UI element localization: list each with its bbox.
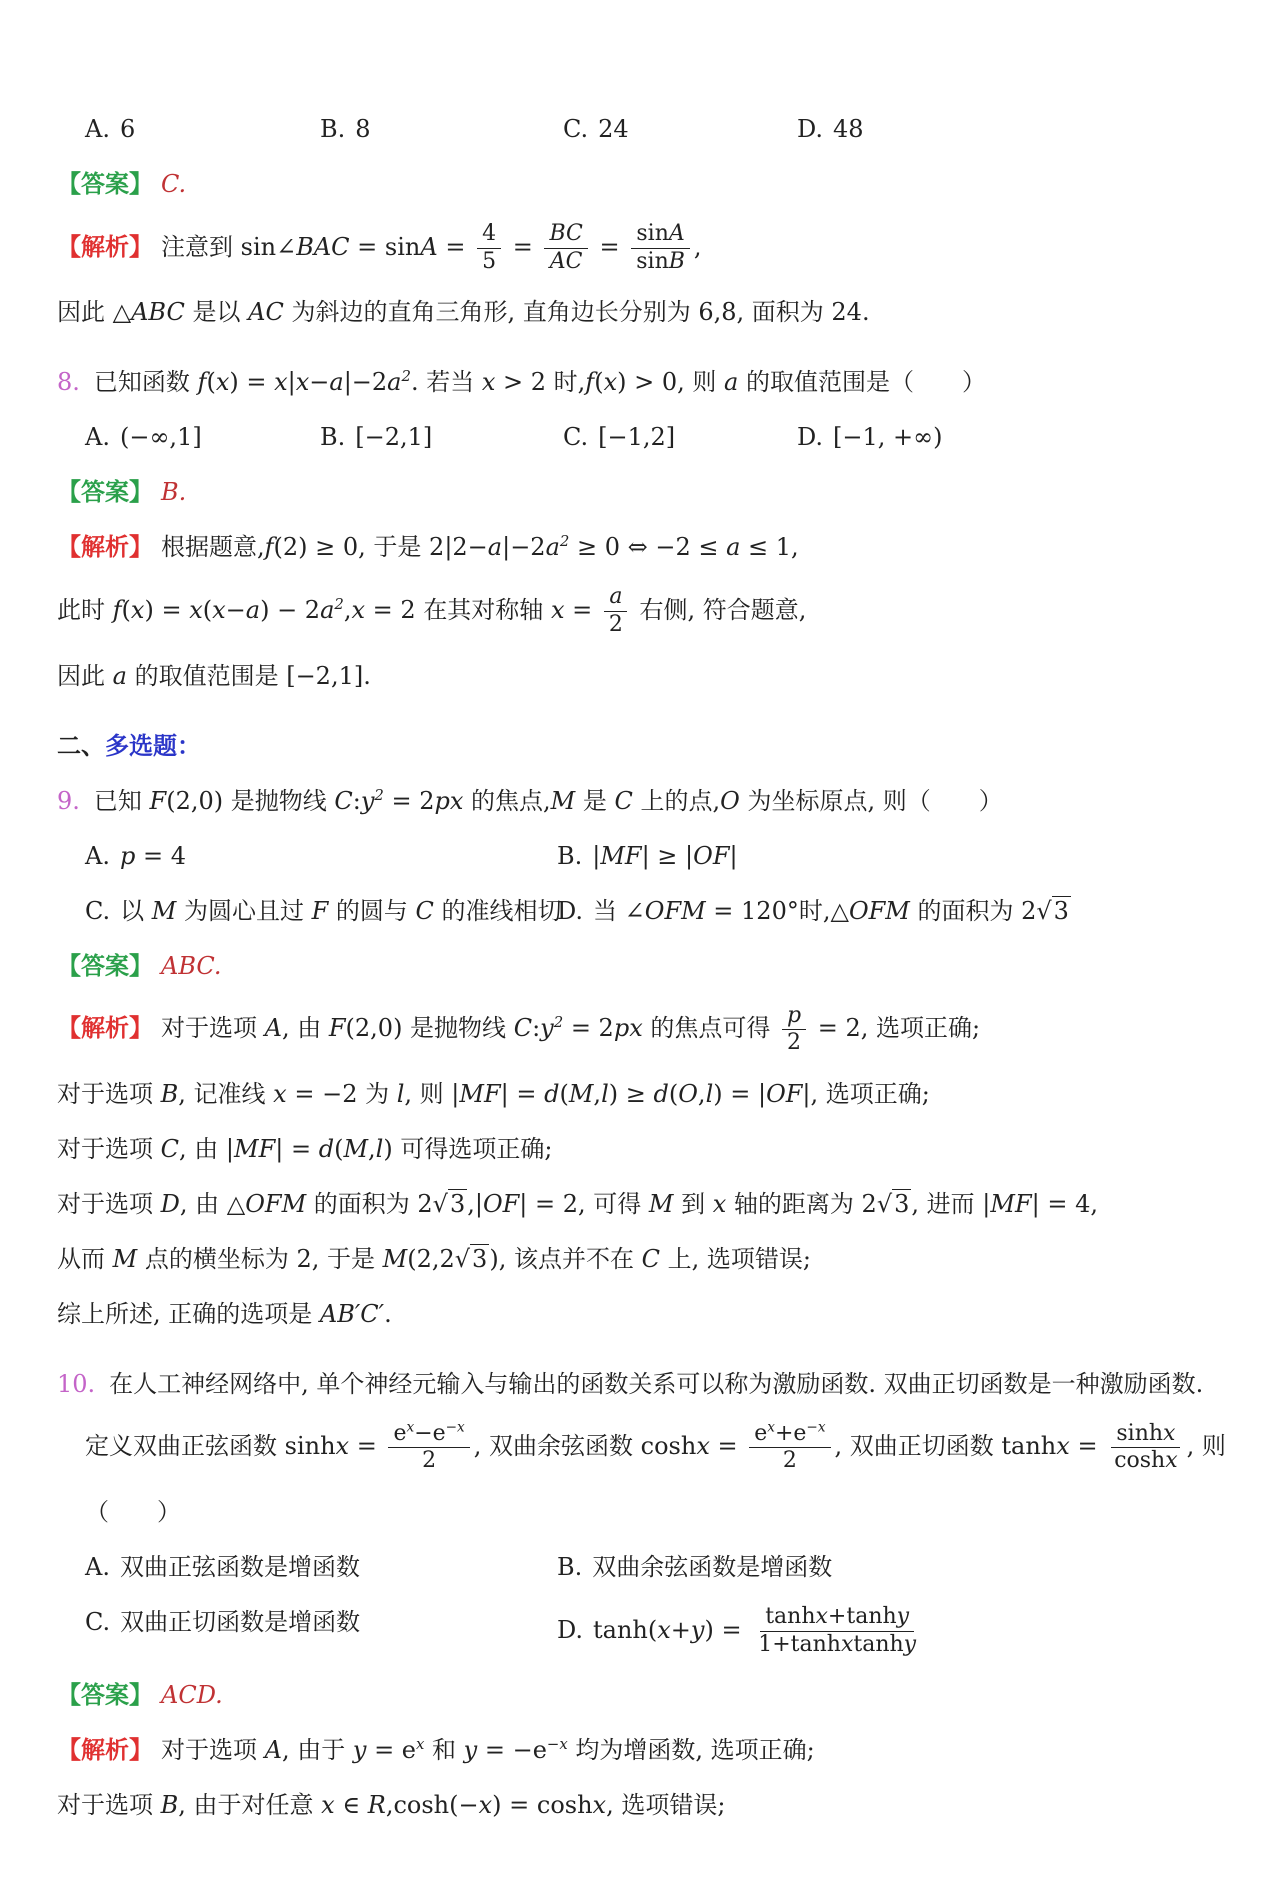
- text-fragment: =: [349, 1432, 384, 1460]
- text-fragment: (2,0) 是抛物线: [346, 1014, 514, 1042]
- fraction: ex−e−x2: [388, 1422, 469, 1474]
- text-fragment: 为坐标原点, 则（ ）: [740, 787, 1003, 815]
- numerator: sinA: [631, 222, 689, 249]
- denominator: 2: [778, 1448, 802, 1474]
- math-fragment: AC: [248, 298, 284, 326]
- numerator: tanhx+tanhy: [760, 1605, 914, 1632]
- analysis-text: 对于选项 B, 记准线 x = −2 为 l, 则 |MF| = d(M,l) …: [57, 1080, 930, 1108]
- math-fragment: x: [593, 1791, 607, 1819]
- text-fragment: ,: [694, 233, 702, 261]
- math-fragment: a: [546, 533, 560, 561]
- math-fragment: y: [897, 1604, 909, 1629]
- text-fragment: 因此 △: [57, 298, 131, 326]
- text-fragment: 综上所述, 正确的选项是: [57, 1300, 320, 1328]
- math-fragment: O: [678, 1080, 698, 1108]
- math-fragment: OF: [766, 1080, 802, 1108]
- analysis-text: 从而 M 点的横坐标为 2, 于是 M(2,2√3), 该点并不在 C 上, 选…: [57, 1244, 811, 1273]
- text-fragment: =: [592, 233, 627, 261]
- text-fragment: 对于选项: [57, 1791, 161, 1819]
- math-fragment: M: [649, 1190, 674, 1218]
- text-fragment: 是以: [185, 298, 248, 326]
- q7-analysis-line-2: 因此 △ABC 是以 AC 为斜边的直角三角形, 直角边长分别为 6,8, 面积…: [57, 295, 1230, 329]
- text-fragment: 对于选项: [57, 1080, 161, 1108]
- text-fragment: 24: [598, 115, 629, 143]
- q9-analysis-line-6: 综上所述, 正确的选项是 AB′C′.: [57, 1297, 1230, 1331]
- text-fragment: 的面积为 2: [910, 897, 1037, 925]
- text-fragment: = e: [366, 1736, 416, 1764]
- text-fragment: 当 ∠: [593, 897, 645, 925]
- q9-option-c: C.以 M 为圆心且过 F 的圆与 C 的准线相切: [85, 894, 557, 928]
- option-content: 以 M 为圆心且过 F 的圆与 C 的准线相切: [120, 897, 561, 925]
- radical: √3: [455, 1244, 490, 1273]
- q8-analysis-line-2: 此时 f(x) = x(x−a) − 2a2,x = 2 在其对称轴 x = a…: [57, 585, 1230, 637]
- denominator: 2: [604, 612, 628, 638]
- q9-analysis-line-3: 对于选项 C, 由 |MF| = d(M,l) 可得选项正确;: [57, 1132, 1230, 1166]
- fraction: tanhx+tanhy1+tanhxtanhy: [753, 1605, 921, 1657]
- math-fragment: OF: [693, 842, 729, 870]
- fraction: ex+e−x2: [749, 1422, 830, 1474]
- text-fragment: ) − 2: [260, 596, 320, 624]
- text-fragment: = 120°时,△: [706, 897, 849, 925]
- math-fragment: a: [726, 533, 740, 561]
- text-fragment: 上的点,: [633, 787, 720, 815]
- text-fragment: sin: [636, 249, 669, 274]
- math-fragment: y: [464, 1736, 478, 1764]
- text-fragment: (−∞,1]: [120, 423, 202, 451]
- text-fragment: ,: [344, 596, 352, 624]
- text-fragment: e: [393, 1421, 406, 1446]
- answer-value: C.: [161, 170, 186, 198]
- text-fragment: 的焦点,: [463, 787, 550, 815]
- fraction: sinAsinB: [631, 222, 690, 274]
- option-label: B.: [320, 115, 345, 143]
- math-fragment: x: [189, 596, 203, 624]
- text-fragment: 在人工神经网络中, 单个神经元输入与输出的函数关系可以称为激励函数. 双曲正切函…: [109, 1370, 1203, 1398]
- math-fragment: M: [343, 1135, 368, 1163]
- radical: √3: [433, 1189, 468, 1218]
- question-text: 定义双曲正弦函数 sinhx = ex−e−x2, 双曲余弦函数 coshx =…: [85, 1432, 1226, 1460]
- text-fragment: , 由于: [282, 1736, 353, 1764]
- text-fragment: | ≥ |: [642, 842, 694, 870]
- analysis-label: 【解析】: [57, 1735, 153, 1764]
- text-fragment: 的准线相切: [434, 897, 562, 925]
- text-fragment: ,|: [467, 1190, 483, 1218]
- text-fragment: (2,2: [407, 1245, 455, 1273]
- q9-stem: 9.已知 F(2,0) 是抛物线 C:y2 = 2px 的焦点,M 是 C 上的…: [57, 784, 1230, 818]
- math-fragment: y: [353, 1736, 367, 1764]
- math-fragment: a: [724, 368, 738, 396]
- math-fragment: x: [212, 596, 226, 624]
- option-content: 8: [355, 115, 370, 143]
- math-fragment: x: [1056, 1432, 1070, 1460]
- text-fragment: | =: [275, 1135, 318, 1163]
- superscript: 2: [334, 595, 343, 613]
- math-fragment: x: [816, 1604, 828, 1629]
- text-fragment: (: [559, 1080, 568, 1108]
- text-fragment: −: [309, 368, 329, 396]
- math-fragment: x: [479, 1791, 493, 1819]
- analysis-label: 【解析】: [57, 232, 153, 261]
- text-fragment: (2) ≥ 0, 于是 2|2−: [274, 533, 488, 561]
- math-fragment: A: [265, 1014, 282, 1042]
- text-fragment: | =: [501, 1080, 544, 1108]
- option-content: 6: [120, 115, 135, 143]
- option-label: B.: [557, 1553, 582, 1581]
- section-title: 多选题：: [105, 731, 201, 760]
- math-fragment: OFM: [645, 897, 706, 925]
- text-fragment: 此时: [57, 596, 113, 624]
- text-fragment: =: [710, 1432, 745, 1460]
- answer-label: 【答案】: [57, 951, 153, 980]
- text-fragment: 右侧, 符合题意,: [632, 596, 807, 624]
- q10-stem-line-3: （ ）: [57, 1495, 1230, 1529]
- superscript: 2: [560, 532, 569, 550]
- answer-label: 【答案】: [57, 1680, 153, 1709]
- q9-analysis-line-1: 【解析】对于选项 A, 由 F(2,0) 是抛物线 C:y2 = 2px 的焦点…: [57, 1004, 1230, 1056]
- question-text: 已知函数 f(x) = x|x−a|−2a2. 若当 x > 2 时,f(x) …: [94, 368, 986, 396]
- text-fragment: , 则 |: [404, 1080, 459, 1108]
- q8-option-b: B.[−2,1]: [320, 420, 563, 454]
- text-fragment: (: [669, 1080, 678, 1108]
- math-fragment: B: [161, 1080, 179, 1108]
- math-fragment: C: [161, 1135, 179, 1163]
- q8-options-row: A.(−∞,1] B.[−2,1] C.[−1,2] D.[−1, +∞): [57, 420, 1230, 454]
- analysis-label: 【解析】: [57, 1013, 153, 1042]
- math-fragment: a: [609, 584, 622, 609]
- text-fragment: 为斜边的直角三角形, 直角边长分别为 6,8, 面积为 24.: [284, 298, 870, 326]
- answer-value: ACD.: [161, 1681, 223, 1709]
- text-fragment: ,cosh(−: [386, 1791, 479, 1819]
- text-fragment: = 2 在其对称轴: [365, 596, 551, 624]
- text-fragment: 2: [783, 1448, 797, 1473]
- answer-value: B.: [161, 478, 186, 506]
- answer-value: ABC.: [161, 952, 222, 980]
- q8-stem: 8.已知函数 f(x) = x|x−a|−2a2. 若当 x > 2 时,f(x…: [57, 365, 1230, 399]
- superscript: x: [767, 1419, 775, 1435]
- math-fragment: d: [653, 1080, 668, 1108]
- radicand: 3: [448, 1189, 467, 1218]
- option-label: B.: [320, 423, 345, 451]
- text-fragment: , 记准线: [178, 1080, 273, 1108]
- option-content: 24: [598, 115, 629, 143]
- math-fragment: D: [161, 1190, 180, 1218]
- q10-options-row-1: A.双曲正弦函数是增函数 B.双曲余弦函数是增函数: [57, 1550, 1230, 1584]
- text-fragment: sinh: [1116, 1421, 1163, 1446]
- math-fragment: y: [361, 787, 375, 815]
- fraction: BCAC: [544, 222, 587, 274]
- math-fragment: x: [713, 1190, 727, 1218]
- text-fragment: ), 该点并不在: [489, 1245, 641, 1273]
- text-fragment: =: [438, 233, 473, 261]
- superscript: −x: [547, 1735, 568, 1753]
- option-content: [−1,2]: [598, 423, 675, 451]
- text-fragment: 是: [575, 787, 614, 815]
- math-fragment: x: [482, 368, 496, 396]
- text-fragment: ) = |: [713, 1080, 766, 1108]
- radicand: 3: [1052, 896, 1071, 925]
- text-fragment: 5: [482, 249, 496, 274]
- text-fragment: ) = cosh: [492, 1791, 592, 1819]
- q9-analysis-line-2: 对于选项 B, 记准线 x = −2 为 l, 则 |MF| = d(M,l) …: [57, 1077, 1230, 1111]
- math-fragment: p: [120, 842, 135, 870]
- numerator: 4: [477, 222, 501, 249]
- math-fragment: BAC: [296, 233, 349, 261]
- text-fragment: (2,0) 是抛物线: [166, 787, 334, 815]
- option-content: p = 4: [120, 842, 186, 870]
- text-fragment: 1+tanh: [758, 1632, 841, 1657]
- q8-option-d: D.[−1, +∞): [797, 420, 1230, 454]
- text-fragment: [−2,1]: [355, 423, 432, 451]
- text-fragment: | = 2, 可得: [519, 1190, 649, 1218]
- text-fragment: 对于选项: [57, 1190, 161, 1218]
- option-content: tanh(x+y) = tanhx+tanhy1+tanhxtanhy: [593, 1616, 925, 1644]
- denominator: 2: [782, 1030, 806, 1056]
- math-fragment: M: [113, 1245, 138, 1273]
- numerator: sinhx: [1111, 1422, 1180, 1449]
- math-fragment: M: [569, 1080, 594, 1108]
- text-fragment: ) =: [704, 1616, 749, 1644]
- fraction: a2: [604, 585, 628, 637]
- text-fragment: = 2: [384, 787, 435, 815]
- text-fragment: ,: [698, 1080, 706, 1108]
- math-fragment: y: [540, 1014, 554, 1042]
- option-label: A.: [85, 1553, 110, 1581]
- text-fragment: 对于选项: [161, 1014, 265, 1042]
- text-fragment: = 2: [563, 1014, 614, 1042]
- math-fragment: a: [113, 662, 127, 690]
- q10-stem-line-1: 10.在人工神经网络中, 单个神经元输入与输出的函数关系可以称为激励函数. 双曲…: [57, 1367, 1230, 1401]
- math-fragment: x: [1163, 1421, 1175, 1446]
- text-fragment: 双曲正弦函数是增函数: [120, 1553, 360, 1581]
- denominator: coshx: [1109, 1448, 1182, 1474]
- text-fragment: (: [203, 596, 212, 624]
- math-fragment: x: [131, 596, 145, 624]
- text-fragment: , 双曲正切函数 tanh: [835, 1432, 1057, 1460]
- text-fragment: 双曲余弦函数是增函数: [592, 1553, 832, 1581]
- text-fragment: :: [532, 1014, 540, 1042]
- text-fragment: ≤ 1,: [740, 533, 798, 561]
- superscript: −x: [806, 1419, 825, 1435]
- option-label: B.: [557, 842, 582, 870]
- text-fragment: =: [1070, 1432, 1105, 1460]
- text-fragment: 根据题意,: [161, 533, 265, 561]
- math-fragment: B: [161, 1791, 179, 1819]
- math-fragment: O: [720, 787, 740, 815]
- math-fragment: BC: [549, 221, 582, 246]
- analysis-text: 对于选项 C, 由 |MF| = d(M,l) 可得选项正确;: [57, 1135, 552, 1163]
- q10-analysis-line-2: 对于选项 B, 由于对任意 x ∈ R,cosh(−x) = coshx, 选项…: [57, 1788, 1230, 1822]
- q8-option-c: C.[−1,2]: [563, 420, 797, 454]
- question-number: 9.: [57, 787, 80, 815]
- text-fragment: sin: [636, 221, 669, 246]
- text-fragment: =: [565, 596, 600, 624]
- math-fragment: x: [321, 1791, 335, 1819]
- text-fragment: , 则: [1187, 1432, 1226, 1460]
- fraction: sinhxcoshx: [1109, 1422, 1182, 1474]
- text-fragment: e: [754, 1421, 767, 1446]
- option-label: D.: [557, 897, 583, 925]
- option-label: C.: [563, 115, 588, 143]
- text-fragment: 均为增函数, 选项正确;: [568, 1736, 815, 1764]
- superscript: −x: [446, 1419, 465, 1435]
- section-heading: 二、多选题：: [57, 729, 1230, 763]
- math-fragment: AC: [550, 249, 583, 274]
- q8-answer-line: 【答案】B.: [57, 475, 1230, 509]
- denominator: sinB: [631, 249, 690, 275]
- option-label: D.: [557, 1616, 583, 1644]
- text-fragment: 的取值范围是（ ）: [738, 368, 986, 396]
- option-label: A.: [85, 842, 110, 870]
- fraction: 45: [477, 222, 501, 274]
- text-fragment: 的取值范围是 [−2,1].: [127, 662, 371, 690]
- math-fragment: x: [273, 1080, 287, 1108]
- math-fragment: f: [585, 368, 594, 396]
- math-fragment: C: [514, 1014, 532, 1042]
- text-fragment: 的焦点可得: [643, 1014, 778, 1042]
- q10-option-c: C.双曲正切函数是增函数: [85, 1605, 557, 1657]
- numerator: a: [604, 585, 627, 612]
- math-fragment: A: [669, 221, 685, 246]
- text-fragment: +: [671, 1616, 691, 1644]
- math-fragment: B: [669, 249, 685, 274]
- math-fragment: x: [296, 368, 310, 396]
- math-fragment: C: [615, 787, 633, 815]
- q9-analysis-line-4: 对于选项 D, 由 △OFM 的面积为 2√3,|OF| = 2, 可得 M 到…: [57, 1187, 1230, 1221]
- text-fragment: 从而: [57, 1245, 113, 1273]
- radical: √3: [1036, 896, 1071, 925]
- option-label: D.: [797, 423, 823, 451]
- text-fragment: 48: [833, 115, 864, 143]
- superscript: 2: [374, 786, 383, 804]
- text-fragment: ) ≥: [609, 1080, 654, 1108]
- q7-answer-line: 【答案】C.: [57, 167, 1230, 201]
- text-fragment: 对于选项: [161, 1736, 265, 1764]
- text-fragment: −e: [414, 1421, 445, 1446]
- math-fragment: A: [420, 233, 437, 261]
- text-fragment: (: [594, 368, 603, 396]
- text-fragment: , 双曲余弦函数 cosh: [474, 1432, 697, 1460]
- text-fragment: :: [353, 787, 361, 815]
- math-fragment: x: [696, 1432, 710, 1460]
- math-fragment: OF: [483, 1190, 519, 1218]
- numerator: ex+e−x: [749, 1422, 830, 1449]
- option-content: (−∞,1]: [120, 423, 202, 451]
- math-fragment: a: [387, 368, 401, 396]
- text-fragment: −: [226, 596, 246, 624]
- q8-option-a: A.(−∞,1]: [85, 420, 320, 454]
- analysis-text: 注意到 sin∠BAC = sinA = 45 = BCAC = sinAsin…: [161, 233, 702, 261]
- math-fragment: x: [352, 596, 366, 624]
- analysis-text: 因此 △ABC 是以 AC 为斜边的直角三角形, 直角边长分别为 6,8, 面积…: [57, 298, 870, 326]
- q8-analysis-line-1: 【解析】根据题意,f(2) ≥ 0, 于是 2|2−a|−2a2 ≥ 0 ⇔ −…: [57, 530, 1230, 564]
- math-fragment: MF: [459, 1080, 500, 1108]
- option-content: |MF| ≥ |OF|: [592, 842, 737, 870]
- q9-analysis-line-5: 从而 M 点的横坐标为 2, 于是 M(2,2√3), 该点并不在 C 上, 选…: [57, 1242, 1230, 1276]
- option-content: 双曲正切函数是增函数: [120, 1608, 360, 1636]
- math-fragment: OFM: [849, 897, 910, 925]
- q7-options-row: A.6 B.8 C.24 D.48: [57, 112, 1230, 146]
- math-fragment: A: [265, 1736, 282, 1764]
- fraction: p2: [782, 1004, 806, 1056]
- text-fragment: tanh: [853, 1632, 903, 1657]
- question-text: 在人工神经网络中, 单个神经元输入与输出的函数关系可以称为激励函数. 双曲正切函…: [109, 1370, 1203, 1398]
- radical: √3: [877, 1189, 912, 1218]
- q7-option-c: C.24: [563, 112, 797, 146]
- radicand: 3: [892, 1189, 911, 1218]
- q10-option-a: A.双曲正弦函数是增函数: [85, 1550, 557, 1584]
- text-fragment: |−2: [502, 533, 545, 561]
- numerator: BC: [544, 222, 587, 249]
- text-fragment: = −2 为: [287, 1080, 397, 1108]
- math-fragment: a: [329, 368, 343, 396]
- analysis-text: 对于选项 B, 由于对任意 x ∈ R,cosh(−x) = coshx, 选项…: [57, 1791, 725, 1819]
- text-fragment: ≥ 0 ⇔ −2 ≤: [569, 533, 726, 561]
- math-fragment: a: [488, 533, 502, 561]
- math-fragment: M: [383, 1245, 408, 1273]
- text-fragment: 为圆心且过: [176, 897, 311, 925]
- q7-option-b: B.8: [320, 112, 563, 146]
- option-content: 48: [833, 115, 864, 143]
- text-fragment: . 若当: [411, 368, 482, 396]
- text-fragment: | = 4,: [1032, 1190, 1098, 1218]
- q9-option-a: A.p = 4: [85, 839, 557, 873]
- text-fragment: , 由 |: [179, 1135, 234, 1163]
- text-fragment: [−1, +∞): [833, 423, 942, 451]
- math-fragment: MF: [600, 842, 641, 870]
- text-fragment: 轴的距离为 2: [726, 1190, 877, 1218]
- text-fragment: 2: [609, 612, 623, 637]
- text-fragment: |−2: [344, 368, 387, 396]
- analysis-text: 根据题意,f(2) ≥ 0, 于是 2|2−a|−2a2 ≥ 0 ⇔ −2 ≤ …: [161, 533, 799, 561]
- text-fragment: 2: [422, 1448, 436, 1473]
- text-fragment: 点的横坐标为 2, 于是: [137, 1245, 382, 1273]
- q10-option-d: D.tanh(x+y) = tanhx+tanhy1+tanhxtanhy: [557, 1605, 1230, 1657]
- text-fragment: |: [729, 842, 737, 870]
- math-fragment: MF: [234, 1135, 275, 1163]
- section-prefix: 二、: [57, 731, 105, 760]
- answer-label: 【答案】: [57, 169, 153, 198]
- text-fragment: ∈: [335, 1791, 368, 1819]
- q9-options-row-1: A.p = 4 B.|MF| ≥ |OF|: [57, 839, 1230, 873]
- text-fragment: 因此: [57, 662, 113, 690]
- text-fragment: (: [206, 368, 215, 396]
- text-fragment: （ ）: [85, 1498, 181, 1526]
- q9-options-row-2: C.以 M 为圆心且过 F 的圆与 C 的准线相切 D.当 ∠OFM = 120…: [57, 894, 1230, 928]
- text-fragment: 定义双曲正弦函数 sinh: [85, 1432, 336, 1460]
- text-fragment: = 4: [135, 842, 186, 870]
- text-fragment: 的圆与: [328, 897, 415, 925]
- document-page: A.6 B.8 C.24 D.48 【答案】C. 【解析】注意到 sin∠BAC…: [0, 0, 1280, 1883]
- denominator: 2: [417, 1448, 441, 1474]
- analysis-text: 综上所述, 正确的选项是 AB′C′.: [57, 1300, 392, 1328]
- text-fragment: .: [384, 1300, 392, 1328]
- text-fragment: 2: [787, 1030, 801, 1055]
- text-fragment: +e: [775, 1421, 806, 1446]
- math-fragment: y: [691, 1616, 705, 1644]
- text-fragment: |: [288, 368, 296, 396]
- option-content: 双曲余弦函数是增函数: [592, 1553, 832, 1581]
- text-fragment: ) > 0, 则: [617, 368, 724, 396]
- q9-answer-line: 【答案】ABC.: [57, 949, 1230, 983]
- question-number: 10.: [57, 1370, 95, 1398]
- denominator: AC: [545, 249, 588, 275]
- analysis-text: 此时 f(x) = x(x−a) − 2a2,x = 2 在其对称轴 x = a…: [57, 596, 806, 624]
- math-fragment: f: [113, 596, 122, 624]
- math-fragment: px: [435, 787, 464, 815]
- question-text: 已知 F(2,0) 是抛物线 C:y2 = 2px 的焦点,M 是 C 上的点,…: [94, 787, 1003, 815]
- text-fragment: 已知函数: [94, 368, 198, 396]
- text-fragment: , 由于对任意: [178, 1791, 321, 1819]
